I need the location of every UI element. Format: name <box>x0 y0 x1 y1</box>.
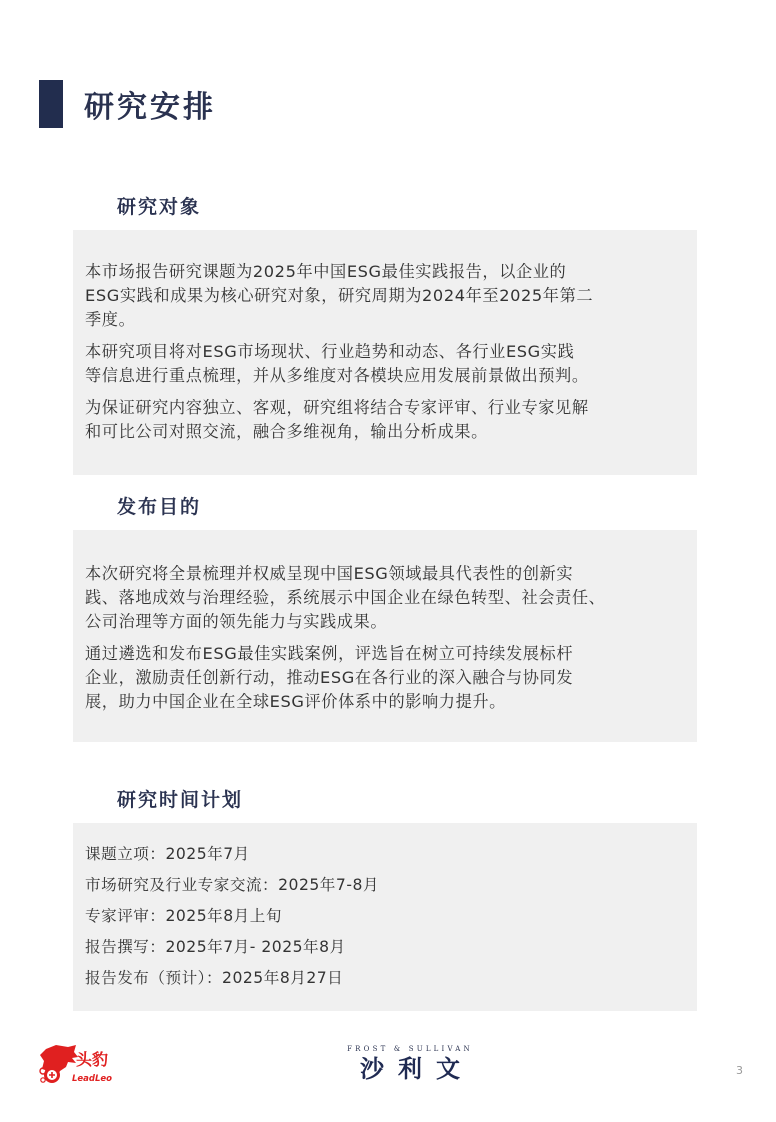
title-accent-bar <box>39 80 63 128</box>
text-line: 为保证研究内容独立、客观，研究组将结合专家评审、行业专家见解 <box>85 396 689 420</box>
text-line: 本市场报告研究课题为2025年中国ESG最佳实践报告，以企业的 <box>85 260 689 284</box>
text-line: 企业，激励责任创新行动，推动ESG在各行业的深入融合与协同发 <box>85 666 689 690</box>
text-line: 通过遴选和发布ESG最佳实践案例，评选旨在树立可持续发展标杆 <box>85 642 689 666</box>
page-title: 研究安排 <box>84 88 216 128</box>
paragraph: 本次研究将全景梳理并权威呈现中国ESG领域最具代表性的创新实 践、落地成效与治理… <box>85 562 689 634</box>
schedule-item-report-writing: 报告撰写：2025年7月- 2025年8月 <box>85 932 689 963</box>
frost-sullivan-name-cn: 沙利文 <box>344 1054 490 1084</box>
text-line: 本次研究将全景梳理并权威呈现中国ESG领域最具代表性的创新实 <box>85 562 689 586</box>
text-line: 和可比公司对照交流，融合多维视角，输出分析成果。 <box>85 420 689 444</box>
text-line: ESG实践和成果为核心研究对象，研究周期为2024年至2025年第二 <box>85 284 689 308</box>
schedule-item-initiation: 课题立项：2025年7月 <box>85 839 689 870</box>
schedule-box: 课题立项：2025年7月 市场研究及行业专家交流：2025年7-8月 专家评审：… <box>73 823 697 1011</box>
text-line: 本研究项目将对ESG市场现状、行业趋势和动态、各行业ESG实践 <box>85 340 689 364</box>
paragraph: 为保证研究内容独立、客观，研究组将结合专家评审、行业专家见解 和可比公司对照交流… <box>85 396 689 444</box>
leadleo-logo: 头豹 LeadLeo <box>38 1043 138 1087</box>
page-number: 3 <box>736 1064 743 1078</box>
frost-sullivan-name-en: FROST & SULLIVAN <box>330 1044 490 1054</box>
leopard-head-icon: 头豹 LeadLeo <box>38 1043 138 1087</box>
svg-text:LeadLeo: LeadLeo <box>72 1074 112 1084</box>
frost-sullivan-logo: FROST & SULLIVAN 沙利文 <box>330 1044 490 1088</box>
schedule-item-market-research: 市场研究及行业专家交流：2025年7-8月 <box>85 870 689 901</box>
release-purpose-box: 本次研究将全景梳理并权威呈现中国ESG领域最具代表性的创新实 践、落地成效与治理… <box>73 530 697 742</box>
text-line: 公司治理等方面的领先能力与实践成果。 <box>85 610 689 634</box>
section-heading-research-object: 研究对象 <box>117 194 201 220</box>
text-line: 季度。 <box>85 308 689 332</box>
svg-text:头豹: 头豹 <box>76 1050 108 1069</box>
schedule-item-report-release: 报告发布（预计）：2025年8月27日 <box>85 963 689 994</box>
paragraph: 本研究项目将对ESG市场现状、行业趋势和动态、各行业ESG实践 等信息进行重点梳… <box>85 340 689 388</box>
schedule-item-expert-review: 专家评审：2025年8月上旬 <box>85 901 689 932</box>
research-object-box: 本市场报告研究课题为2025年中国ESG最佳实践报告，以企业的 ESG实践和成果… <box>73 230 697 475</box>
text-line: 践、落地成效与治理经验，系统展示中国企业在绿色转型、社会责任、 <box>85 586 689 610</box>
text-line: 展，助力中国企业在全球ESG评价体系中的影响力提升。 <box>85 690 689 714</box>
section-heading-release-purpose: 发布目的 <box>117 494 201 520</box>
text-line: 等信息进行重点梳理，并从多维度对各模块应用发展前景做出预判。 <box>85 364 689 388</box>
section-heading-schedule: 研究时间计划 <box>117 787 243 813</box>
paragraph: 通过遴选和发布ESG最佳实践案例，评选旨在树立可持续发展标杆 企业，激励责任创新… <box>85 642 689 714</box>
paragraph: 本市场报告研究课题为2025年中国ESG最佳实践报告，以企业的 ESG实践和成果… <box>85 260 689 332</box>
